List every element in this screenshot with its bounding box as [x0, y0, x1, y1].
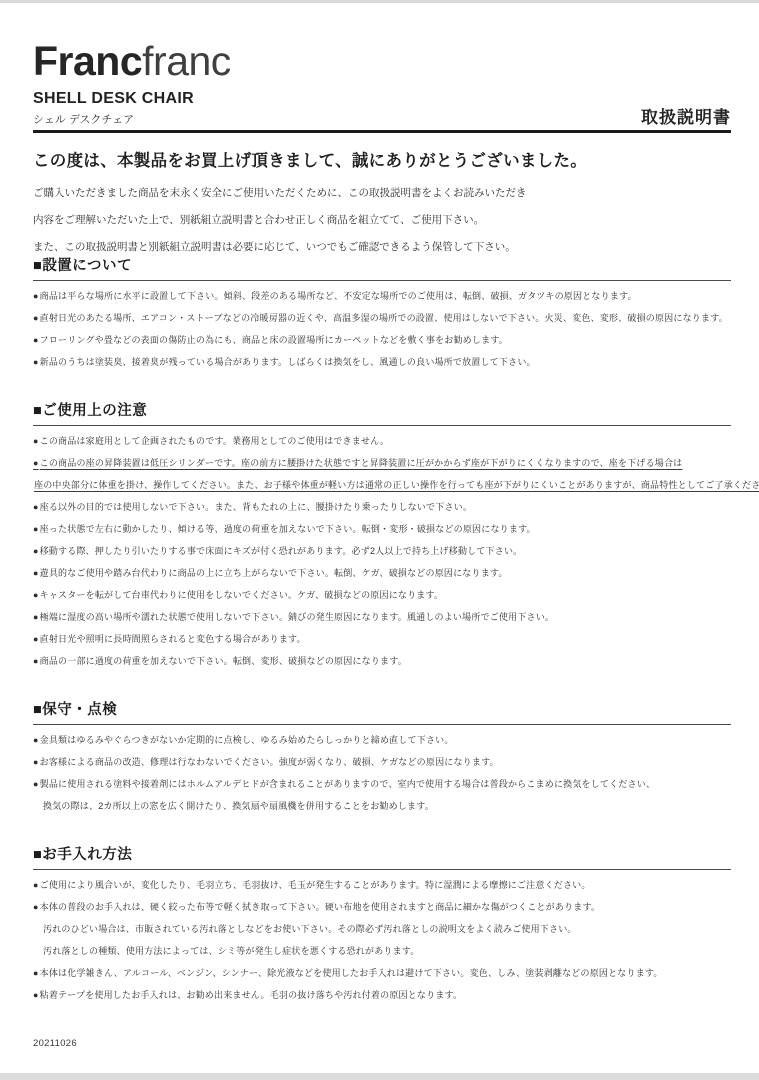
section-items: ●この商品は家庭用として企画されたものです。業務用としてのご使用はできません。●…	[33, 435, 731, 668]
bullet-icon: ●	[33, 568, 39, 578]
section-care-instructions: ■お手入れ方法●ご使用により風合いが、変化したり、毛羽立ち、毛羽抜け、毛玉が発生…	[33, 847, 731, 1002]
notice-text: 移動する際、押したり引いたりする事で床面にキズが付く恐れがあります。必ず2人以上…	[40, 546, 523, 556]
notice-text: 直射日光や照明に長時間照らされると変色する場合があります。	[40, 634, 306, 644]
section-items: ●商品は平らな場所に水平に設置して下さい。傾斜、段差のある場所など、不安定な場所…	[33, 290, 731, 369]
bullet-icon: ●	[33, 458, 39, 468]
notice-item: ●金具類はゆるみやぐらつきがないか定期的に点検し、ゆるみ始めたらしっかりと締め直…	[33, 734, 731, 747]
notice-item: ●この商品の座の昇降装置は低圧シリンダーです。座の前方に腰掛けた状態ですと昇降装…	[33, 457, 731, 470]
brand-logo-bold-text: Franc	[33, 38, 142, 84]
product-name-ja: シェル デスクチェア	[33, 113, 134, 127]
bullet-icon: ●	[33, 902, 39, 912]
notice-text: 換気の際は、2カ所以上の窓を広く開けたり、換気扇や扇風機を併用することをお勧めし…	[43, 801, 434, 811]
section-title: ■ご使用上の注意	[33, 403, 731, 426]
notice-item: ●この商品は家庭用として企画されたものです。業務用としてのご使用はできません。	[33, 435, 731, 448]
bullet-icon: ●	[33, 735, 39, 745]
bullet-icon: ●	[33, 880, 39, 890]
header-row: シェル デスクチェア 取扱説明書	[33, 109, 731, 133]
bullet-icon: ●	[33, 546, 39, 556]
page-edge-bottom	[0, 1073, 759, 1080]
intro-paragraph: ご購入いただきました商品を末永く安全にご使用いただくために、この取扱説明書をよく…	[33, 187, 731, 254]
doc-type-label: 取扱説明書	[641, 109, 731, 127]
bullet-icon: ●	[33, 968, 39, 978]
section-items: ●ご使用により風合いが、変化したり、毛羽立ち、毛羽抜け、毛玉が発生することがあり…	[33, 879, 731, 1002]
bullet-icon: ●	[33, 634, 39, 644]
notice-item: ●本体は化学雑きん、アルコール、ベンジン、シンナー、除光液などを使用したお手入れ…	[33, 967, 731, 980]
bullet-icon: ●	[33, 291, 39, 301]
notice-item: ●座る以外の目的では使用しないで下さい。また、背もたれの上に、腰掛けたり乗ったり…	[33, 501, 731, 514]
revision-date: 20211026	[33, 1038, 77, 1049]
bullet-icon: ●	[33, 757, 39, 767]
intro-line: 内容をご理解いただいた上で、別紙組立説明書と合わせ正しく商品を組立てて、ご使用下…	[33, 214, 731, 227]
notice-item: 換気の際は、2カ所以上の窓を広く開けたり、換気扇や扇風機を併用することをお勧めし…	[33, 800, 731, 813]
notice-item: ●移動する際、押したり引いたりする事で床面にキズが付く恐れがあります。必ず2人以…	[33, 545, 731, 558]
notice-text: 製品に使用される塗料や接着剤にはホルムアルデヒドが含まれることがありますので、室…	[40, 779, 656, 789]
notice-item: ●商品は平らな場所に水平に設置して下さい。傾斜、段差のある場所など、不安定な場所…	[33, 290, 731, 303]
bullet-icon: ●	[33, 590, 39, 600]
intro-line: ご購入いただきました商品を末永く安全にご使用いただくために、この取扱説明書をよく…	[33, 187, 731, 200]
manual-content: Francfranc SHELL DESK CHAIR シェル デスクチェア 取…	[0, 0, 759, 1002]
notice-text: 金具類はゆるみやぐらつきがないか定期的に点検し、ゆるみ始めたらしっかりと締め直し…	[40, 735, 454, 745]
notice-text: お客様による商品の改造、修理は行なわないでください。強度が弱くなり、破損、ケガな…	[40, 757, 499, 767]
notice-text: 座る以外の目的では使用しないで下さい。また、背もたれの上に、腰掛けたり乗ったりし…	[40, 502, 472, 512]
notice-item: ●商品の一部に過度の荷重を加えないで下さい。転倒、変形、破損などの原因になります…	[33, 655, 731, 668]
notice-text: フローリングや畳などの表面の傷防止の為にも、商品と床の設置場所にカーペットなどを…	[40, 335, 508, 345]
intro-line: また、この取扱説明書と別紙組立説明書は必要に応じて、いつでもご確認できるよう保管…	[33, 241, 731, 254]
notice-text: 本体は化学雑きん、アルコール、ベンジン、シンナー、除光液などを使用したお手入れは…	[40, 968, 663, 978]
brand-logo-light-text: franc	[142, 38, 231, 84]
notice-text: 座の中央部分に体重を掛け、操作してください。また、お子様や体重が軽い方は通常の正…	[34, 480, 759, 490]
notice-text: 座った状態で左右に動かしたり、傾ける等、過度の荷重を加えないで下さい。転倒・変形…	[40, 524, 536, 534]
notice-text: 汚れ落としの種類、使用方法によっては、シミ等が発生し症状を悪くする恐れがあります…	[43, 946, 419, 956]
section-title: ■お手入れ方法	[33, 847, 731, 870]
bullet-icon: ●	[33, 357, 39, 367]
bullet-icon: ●	[33, 436, 39, 446]
notice-item: ●極端に湿度の高い場所や濡れた状態で使用しないで下さい。錆びの発生原因になります…	[33, 611, 731, 624]
notice-text: 極端に湿度の高い場所や濡れた状態で使用しないで下さい。錆びの発生原因になります。…	[40, 612, 554, 622]
greeting-heading: この度は、本製品をお買上げ頂きまして、誠にありがとうございました。	[33, 149, 731, 173]
notice-text: 直射日光のあたる場所、エアコン・ストーブなどの冷暖房器の近くや、高温多湿の場所で…	[40, 313, 728, 323]
page-edge-top	[0, 0, 759, 3]
notice-item: ●キャスターを転がして台車代わりに使用をしないでください。ケガ、破損などの原因に…	[33, 589, 731, 602]
notice-item: ●新品のうちは塗装臭、接着臭が残っている場合があります。しばらくは換気をし、風通…	[33, 356, 731, 369]
notice-item: ●遊具的なご使用や踏み台代わりに商品の上に立ち上がらないで下さい。転倒、ケガ、破…	[33, 567, 731, 580]
sections: ■設置について●商品は平らな場所に水平に設置して下さい。傾斜、段差のある場所など…	[33, 258, 731, 1002]
bullet-icon: ●	[33, 524, 39, 534]
notice-item: 座の中央部分に体重を掛け、操作してください。また、お子様や体重が軽い方は通常の正…	[33, 479, 731, 492]
notice-item: 汚れのひどい場合は、市販されている汚れ落としなどをお使い下さい。その際必ず汚れ落…	[33, 923, 731, 936]
notice-text: キャスターを転がして台車代わりに使用をしないでください。ケガ、破損などの原因にな…	[40, 590, 444, 600]
notice-item: ●座った状態で左右に動かしたり、傾ける等、過度の荷重を加えないで下さい。転倒・変…	[33, 523, 731, 536]
notice-text: 本体の普段のお手入れは、硬く絞った布等で軽く拭き取って下さい。硬い布地を使用され…	[40, 902, 600, 912]
notice-item: 汚れ落としの種類、使用方法によっては、シミ等が発生し症状を悪くする恐れがあります…	[33, 945, 731, 958]
notice-text: 粘着テープを使用したお手入れは、お勧め出来ません。毛羽の抜け落ちや汚れ付着の原因…	[40, 990, 463, 1000]
notice-item: ●直射日光や照明に長時間照らされると変色する場合があります。	[33, 633, 731, 646]
section-title: ■保守・点検	[33, 702, 731, 725]
section-title: ■設置について	[33, 258, 731, 281]
bullet-icon: ●	[33, 335, 39, 345]
section-maintenance-inspection: ■保守・点検●金具類はゆるみやぐらつきがないか定期的に点検し、ゆるみ始めたらしっ…	[33, 702, 731, 813]
section-usage-cautions: ■ご使用上の注意●この商品は家庭用として企画されたものです。業務用としてのご使用…	[33, 403, 731, 668]
notice-text: ご使用により風合いが、変化したり、毛羽立ち、毛羽抜け、毛玉が発生することがありま…	[40, 880, 591, 890]
notice-text: この商品は家庭用として企画されたものです。業務用としてのご使用はできません。	[40, 436, 389, 446]
section-installation: ■設置について●商品は平らな場所に水平に設置して下さい。傾斜、段差のある場所など…	[33, 258, 731, 369]
notice-text: この商品の座の昇降装置は低圧シリンダーです。座の前方に腰掛けた状態ですと昇降装置…	[40, 458, 683, 468]
notice-text: 商品は平らな場所に水平に設置して下さい。傾斜、段差のある場所など、不安定な場所で…	[40, 291, 637, 301]
notice-item: ●直射日光のあたる場所、エアコン・ストーブなどの冷暖房器の近くや、高温多湿の場所…	[33, 312, 731, 325]
brand-logo: Francfranc	[33, 42, 731, 81]
manual-header: Francfranc SHELL DESK CHAIR シェル デスクチェア 取…	[33, 42, 731, 133]
bullet-icon: ●	[33, 502, 39, 512]
notice-text: 商品の一部に過度の荷重を加えないで下さい。転倒、変形、破損などの原因になります。	[40, 656, 407, 666]
bullet-icon: ●	[33, 990, 39, 1000]
section-items: ●金具類はゆるみやぐらつきがないか定期的に点検し、ゆるみ始めたらしっかりと締め直…	[33, 734, 731, 813]
notice-text: 汚れのひどい場合は、市販されている汚れ落としなどをお使い下さい。その際必ず汚れ落…	[43, 924, 577, 934]
bullet-icon: ●	[33, 779, 39, 789]
bullet-icon: ●	[33, 313, 39, 323]
notice-item: ●フローリングや畳などの表面の傷防止の為にも、商品と床の設置場所にカーペットなど…	[33, 334, 731, 347]
bullet-icon: ●	[33, 656, 39, 666]
bullet-icon: ●	[33, 612, 39, 622]
notice-item: ●本体の普段のお手入れは、硬く絞った布等で軽く拭き取って下さい。硬い布地を使用さ…	[33, 901, 731, 914]
notice-text: 遊具的なご使用や踏み台代わりに商品の上に立ち上がらないで下さい。転倒、ケガ、破損…	[40, 568, 508, 578]
notice-item: ●お客様による商品の改造、修理は行なわないでください。強度が弱くなり、破損、ケガ…	[33, 756, 731, 769]
product-name-en: SHELL DESK CHAIR	[33, 90, 731, 107]
notice-item: ●粘着テープを使用したお手入れは、お勧め出来ません。毛羽の抜け落ちや汚れ付着の原…	[33, 989, 731, 1002]
notice-text: 新品のうちは塗装臭、接着臭が残っている場合があります。しばらくは換気をし、風通し…	[40, 357, 536, 367]
instruction-manual-page: Francfranc SHELL DESK CHAIR シェル デスクチェア 取…	[0, 0, 759, 1080]
notice-item: ●製品に使用される塗料や接着剤にはホルムアルデヒドが含まれることがありますので、…	[33, 778, 731, 791]
notice-item: ●ご使用により風合いが、変化したり、毛羽立ち、毛羽抜け、毛玉が発生することがあり…	[33, 879, 731, 892]
